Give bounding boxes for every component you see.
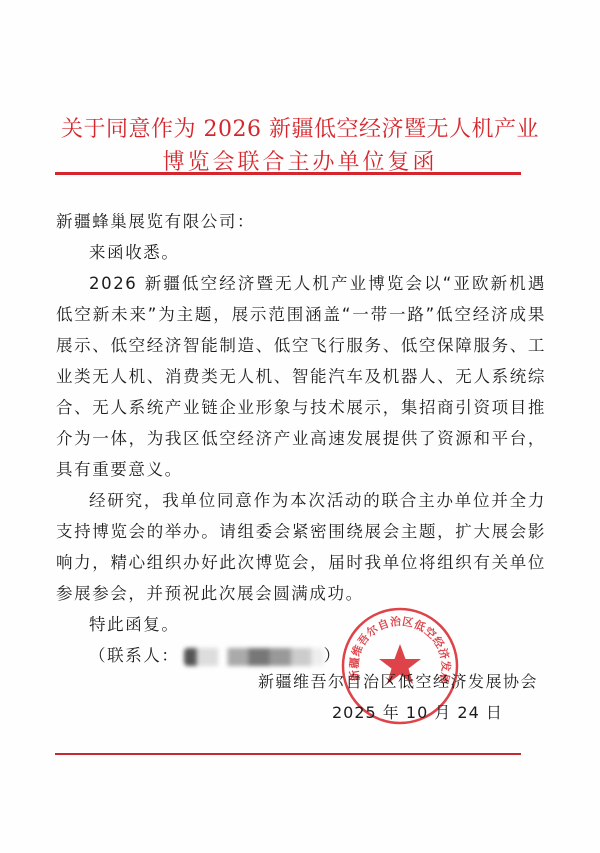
signature-organization: 新疆维吾尔自治区低空经济发展协会	[258, 669, 538, 692]
contact-label: （联系人：	[89, 646, 180, 665]
paragraph-decision: 经研究，我单位同意作为本次活动的联合主办单位并全力支持博览会的举办。请组委会紧密…	[56, 485, 546, 609]
salutation: 新疆蜂巢展览有限公司：	[56, 206, 546, 237]
redacted-contact	[184, 648, 324, 666]
header-red-rule	[55, 172, 521, 175]
contact-line: （联系人：）	[56, 640, 546, 671]
paragraph-closing: 特此函复。	[56, 609, 546, 640]
letter-body: 新疆蜂巢展览有限公司： 来函收悉。 2026 新疆低空经济暨无人机产业博览会以“…	[56, 206, 546, 671]
document-title-line-1: 关于同意作为 2026 新疆低空经济暨无人机产业	[0, 112, 600, 143]
letter-page: 关于同意作为 2026 新疆低空经济暨无人机产业 博览会联合主办单位复函 新疆蜂…	[0, 0, 600, 853]
paragraph-acknowledgement: 来函收悉。	[56, 237, 546, 268]
paragraph-expo-description: 2026 新疆低空经济暨无人机产业博览会以“亚欧新机遇 低空新未来”为主题，展示…	[56, 268, 546, 485]
signature-date: 2025 年 10 月 24 日	[332, 700, 503, 723]
contact-close: ）	[324, 646, 342, 665]
footer-red-rule	[55, 753, 521, 755]
